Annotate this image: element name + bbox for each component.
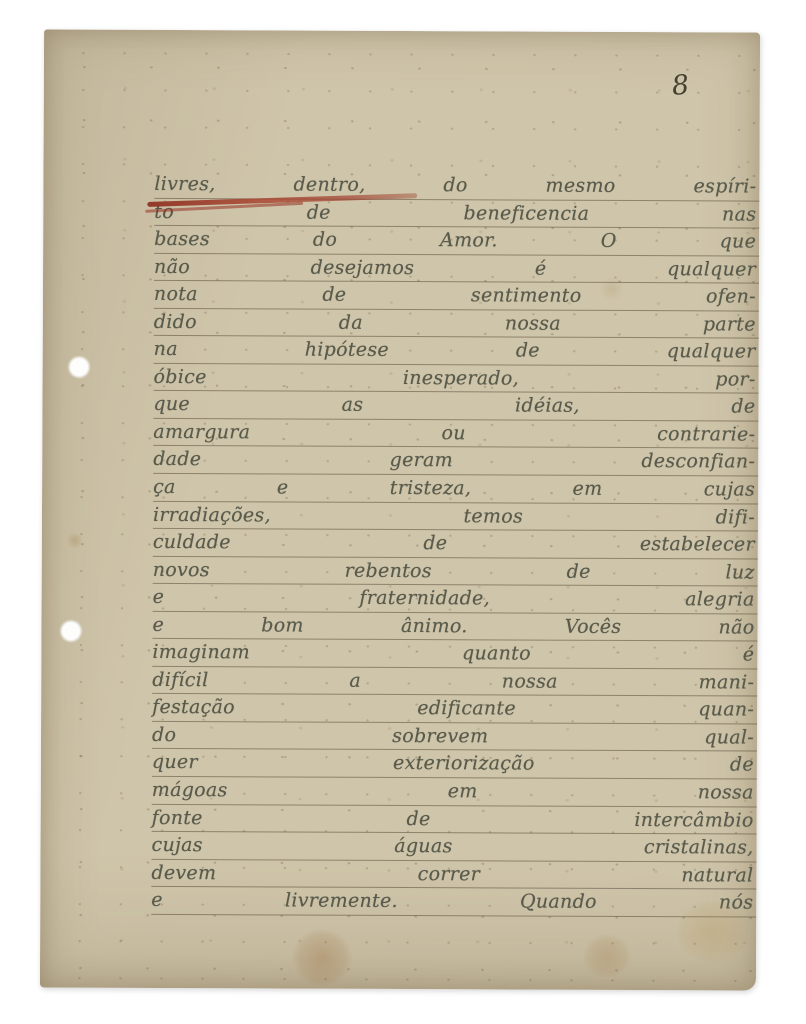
manuscript-line: mágoas em nossa (152, 777, 757, 807)
manuscript-line: não desejamos é qualquer (154, 254, 759, 284)
punch-hole-bottom (61, 622, 80, 641)
manuscript-line: novos rebentos de luz (153, 557, 758, 587)
manuscript-line: dade geram desconfian- (153, 446, 758, 476)
stain (583, 934, 631, 978)
manuscript-line: ça e tristeza, em cujas (153, 474, 758, 504)
page-number: 8 (670, 69, 690, 102)
manuscript-line: quer exteriorização de (152, 749, 757, 779)
manuscript-line: irradiações, temos difi- (153, 501, 758, 531)
manuscript-line: festação edificante quan- (152, 694, 757, 724)
punch-hole-top (70, 358, 89, 377)
manuscript-line: que as idéias, de (153, 391, 758, 421)
manuscript-line: nota de sentimento ofen- (154, 281, 759, 311)
handwritten-text-block: livres, dentro, do mesmo espíri- to de b… (151, 171, 759, 917)
stain (66, 533, 84, 549)
manuscript-line: difícil a nossa mani- (152, 667, 757, 697)
manuscript-line: culdade de estabelecer (153, 529, 758, 559)
manuscript-line: imaginam quanto é (152, 639, 757, 669)
manuscript-line: e fraternidade, alegria (153, 584, 758, 614)
manuscript-line: bases do Amor. O que (154, 226, 759, 256)
manuscript-line: do sobrevem qual- (152, 722, 757, 752)
stain (292, 929, 352, 987)
manuscript-line: fonte de intercâmbio (152, 804, 757, 834)
manuscript-line: cujas águas cristalinas, (151, 832, 756, 862)
manuscript-line: na hipótese de qualquer (154, 336, 759, 366)
photo-of-manuscript: { "page": { "number": "8", "strikethroug… (0, 0, 806, 1024)
manuscript-line: devem correr natural (151, 860, 756, 890)
manuscript-line: dido da nossa parte (154, 309, 759, 339)
manuscript-line: livres, dentro, do mesmo espíri- (154, 171, 759, 201)
manuscript-line: amargura ou contrarie- (153, 419, 758, 449)
manuscript-line: e livremente. Quando nós (151, 887, 756, 917)
manuscript-line: e bom ânimo. Vocês não (152, 612, 757, 642)
manuscript-sheet: 8 livres, dentro, do mesmo espíri- to de… (40, 29, 760, 990)
manuscript-line: óbice inesperado, por- (154, 364, 759, 394)
